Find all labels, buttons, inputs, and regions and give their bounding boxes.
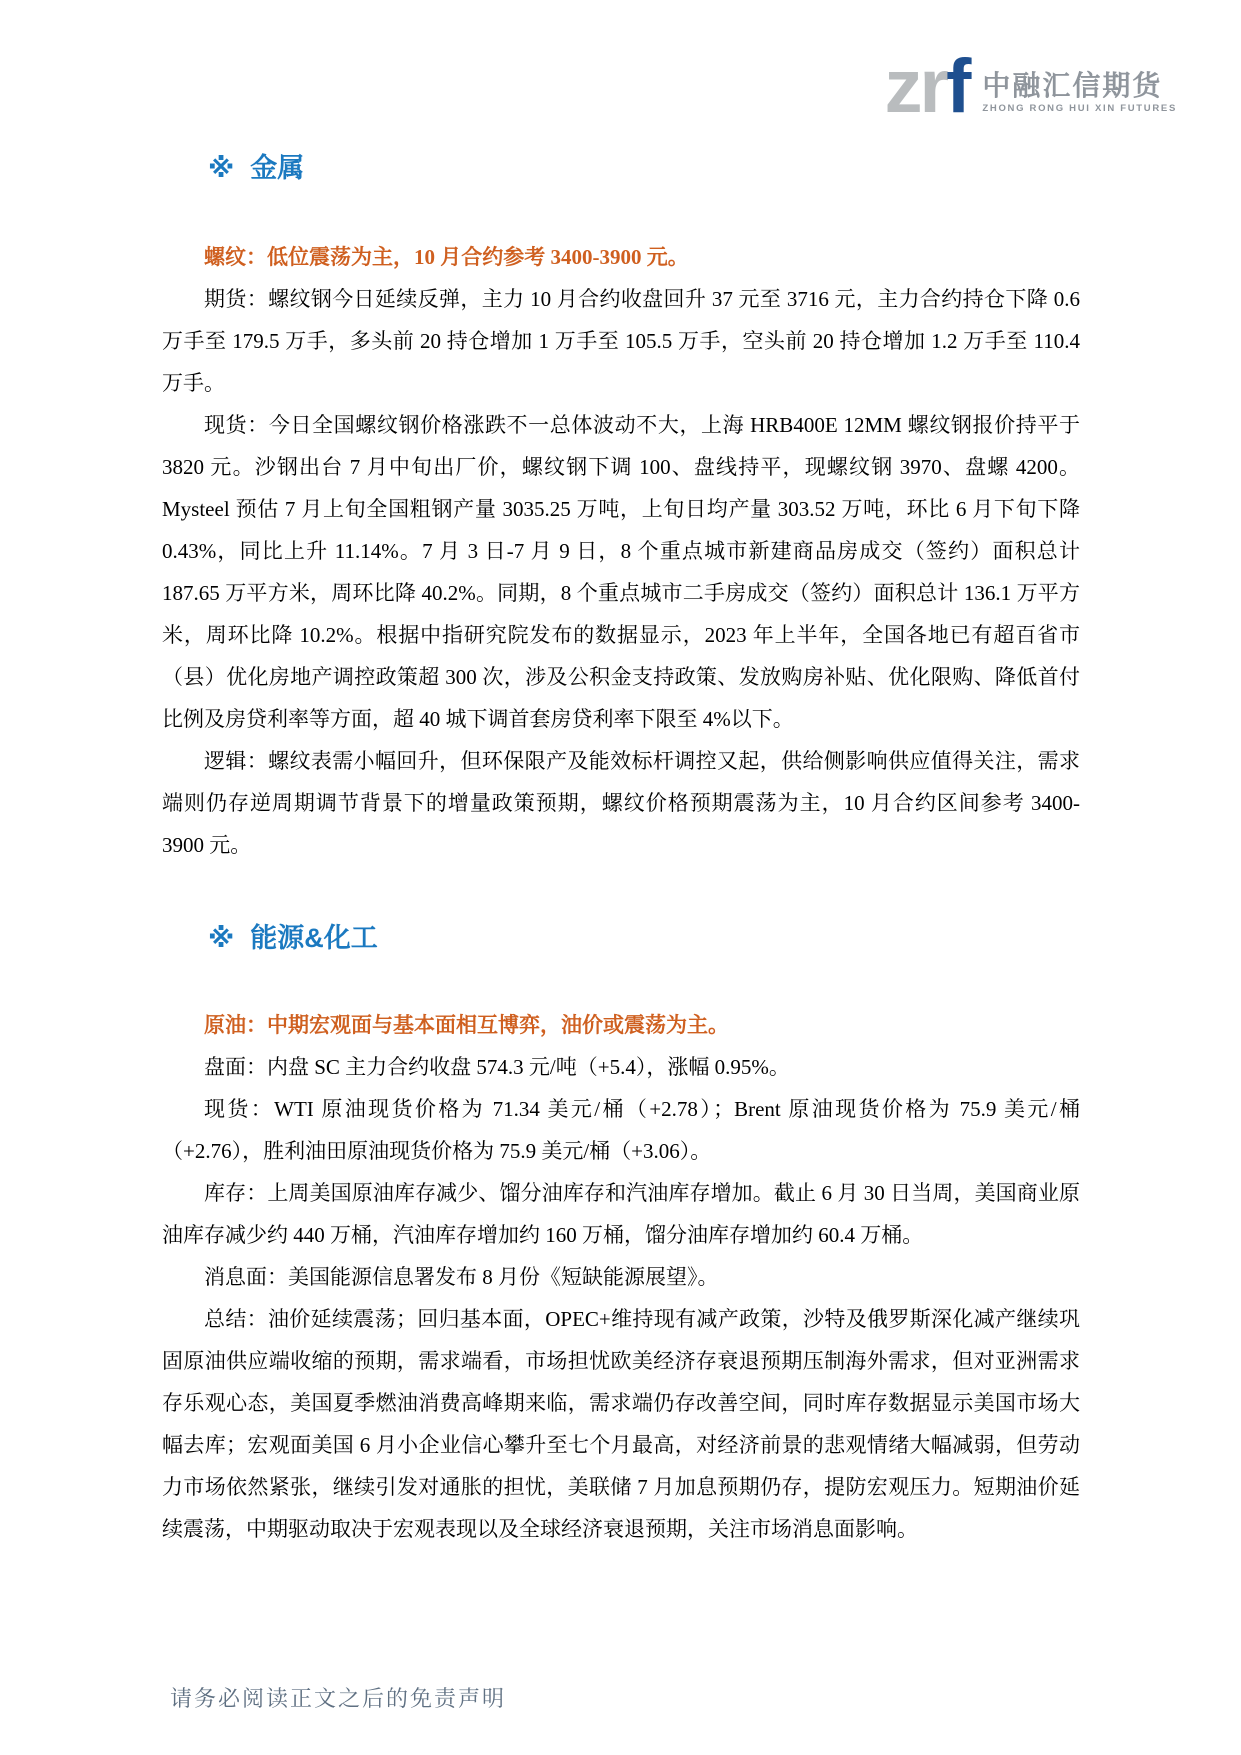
paragraph-rebar-spot: 现货：今日全国螺纹钢价格涨跌不一总体波动不大，上海 HRB400E 12MM 螺… bbox=[162, 404, 1080, 740]
logo-names: 中融汇信期货 ZHONG RONG HUI XIN FUTURES bbox=[982, 71, 1177, 116]
report-page: zrf 中融汇信期货 ZHONG RONG HUI XIN FUTURES ※金… bbox=[0, 0, 1241, 1755]
company-logo: zrf 中融汇信期货 ZHONG RONG HUI XIN FUTURES bbox=[884, 58, 1177, 116]
report-body: ※金属 螺纹：低位震荡为主，10 月合约参考 3400-3900 元。 期货：螺… bbox=[0, 0, 1241, 1550]
paragraph-rebar-futures: 期货：螺纹钢今日延续反弹，主力 10 月合约收盘回升 37 元至 3716 元，… bbox=[162, 278, 1080, 404]
logo-letters-zr: zr bbox=[884, 44, 946, 129]
section-marker-icon: ※ bbox=[208, 153, 234, 183]
section-title-label: 能源&化工 bbox=[250, 923, 378, 953]
paragraph-oil-summary: 总结：油价延续震荡；回归基本面，OPEC+维持现有减产政策，沙特及俄罗斯深化减产… bbox=[162, 1298, 1080, 1550]
paragraph-oil-inventory: 库存：上周美国原油库存减少、馏分油库存和汽油库存增加。截止 6 月 30 日当周… bbox=[162, 1172, 1080, 1256]
logo-name-cn: 中融汇信期货 bbox=[982, 71, 1177, 101]
paragraph-rebar-logic: 逻辑：螺纹表需小幅回升，但环保限产及能效标杆调控又起，供给侧影响供应值得关注，需… bbox=[162, 740, 1080, 866]
section-title-label: 金属 bbox=[250, 153, 304, 183]
paragraph-oil-spot: 现货：WTI 原油现货价格为 71.34 美元/桶（+2.78）；Brent 原… bbox=[162, 1088, 1080, 1172]
footer-disclaimer: 请务必阅读正文之后的免责声明 bbox=[170, 1686, 506, 1712]
section-marker-icon: ※ bbox=[208, 923, 234, 953]
logo-zrf-mark: zrf bbox=[884, 58, 968, 116]
logo-letter-f: f bbox=[946, 44, 968, 129]
logo-name-en: ZHONG RONG HUI XIN FUTURES bbox=[982, 103, 1177, 115]
paragraph-oil-board: 盘面：内盘 SC 主力合约收盘 574.3 元/吨（+5.4），涨幅 0.95%… bbox=[162, 1046, 1080, 1088]
section-title-metals: ※金属 bbox=[162, 152, 1080, 184]
headline-rebar: 螺纹：低位震荡为主，10 月合约参考 3400-3900 元。 bbox=[162, 236, 1080, 278]
headline-crude-oil: 原油：中期宏观面与基本面相互博弈，油价或震荡为主。 bbox=[162, 1004, 1080, 1046]
paragraph-oil-news: 消息面：美国能源信息署发布 8 月份《短缺能源展望》。 bbox=[162, 1256, 1080, 1298]
section-title-energy-chemicals: ※能源&化工 bbox=[162, 922, 1080, 954]
